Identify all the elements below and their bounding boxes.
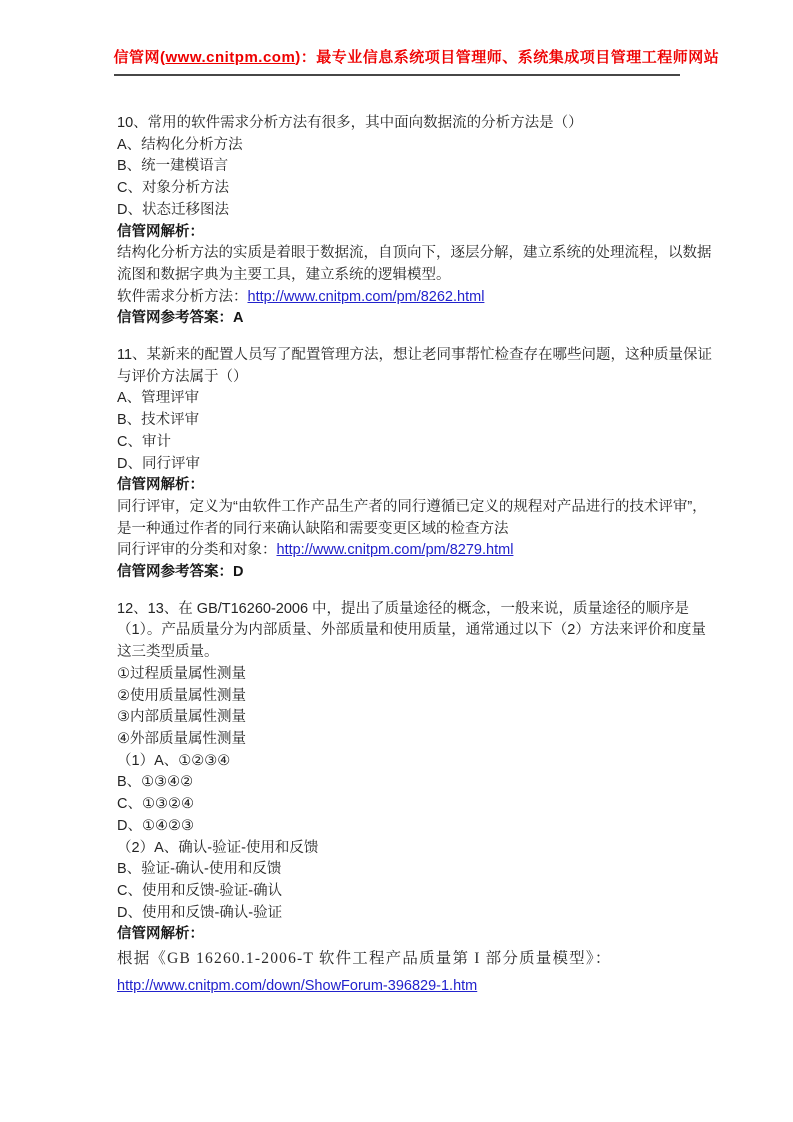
question-11-option-b: B、技术评审 xyxy=(117,410,713,432)
question-10-analysis-text: 结构化分析方法的实质是着眼于数据流，自顶向下，逐层分解，建立系统的处理流程，以数… xyxy=(117,243,713,286)
question-12-analysis-reference: 根据《GB 16260.1-2006-T 软件工程产品质量第 I 部分质量模型》… xyxy=(117,946,713,971)
question-11-option-c: C、审计 xyxy=(117,432,713,454)
question-12-reference-link[interactable]: http://www.cnitpm.com/down/ShowForum-396… xyxy=(117,978,477,994)
question-11-answer-value: D xyxy=(233,564,243,580)
question-12-blank1-option-c: C、①③②④ xyxy=(117,794,713,816)
question-10-option-a: A、结构化分析方法 xyxy=(117,135,713,157)
question-11-answer-label: 信管网参考答案： xyxy=(117,564,233,580)
question-10-analysis-label: 信管网解析： xyxy=(117,222,713,244)
site-header: 信管网(www.cnitpm.com)：最专业信息系统项目管理师、系统集成项目管… xyxy=(114,46,680,76)
question-10-answer-value: A xyxy=(233,310,243,326)
question-11-option-d: D、同行评审 xyxy=(117,454,713,476)
questions-content: 10、常用的软件需求分析方法有很多，其中面向数据流的分析方法是（） A、结构化分… xyxy=(117,113,713,998)
question-12-blank1-option-a: （1）A、①②③④ xyxy=(117,751,713,773)
site-tagline: 最专业信息系统项目管理师、系统集成项目管理工程师网站 xyxy=(316,49,719,66)
question-12-item-4: ④外部质量属性测量 xyxy=(117,729,713,751)
question-11: 11、某新来的配置人员写了配置管理方法，想让老同事帮忙检查存在哪些问题，这种质量… xyxy=(117,345,713,584)
question-12-reference-line: http://www.cnitpm.com/down/ShowForum-396… xyxy=(117,974,713,998)
document-page: 信管网(www.cnitpm.com)：最专业信息系统项目管理师、系统集成项目管… xyxy=(0,0,793,1122)
question-11-link-prefix: 同行评审的分类和对象： xyxy=(117,542,277,558)
question-12-blank1-option-b: B、①③④② xyxy=(117,772,713,794)
question-11-stem: 11、某新来的配置人员写了配置管理方法，想让老同事帮忙检查存在哪些问题，这种质量… xyxy=(117,345,713,388)
question-12-item-2: ②使用质量属性测量 xyxy=(117,686,713,708)
site-url-link[interactable]: www.cnitpm.com xyxy=(166,49,296,66)
question-12-blank2-option-a: （2）A、确认-验证-使用和反馈 xyxy=(117,838,713,860)
question-10-answer-line: 信管网参考答案：A xyxy=(117,308,713,330)
site-name-suffix: )： xyxy=(295,49,316,66)
question-12-analysis-label: 信管网解析： xyxy=(117,924,713,946)
site-name: 信管网( xyxy=(114,49,166,66)
question-10-option-d: D、状态迁移图法 xyxy=(117,200,713,222)
question-11-option-a: A、管理评审 xyxy=(117,388,713,410)
question-10-link-prefix: 软件需求分析方法： xyxy=(117,289,248,305)
question-11-reference-link[interactable]: http://www.cnitpm.com/pm/8279.html xyxy=(277,542,514,558)
question-12-item-1: ①过程质量属性测量 xyxy=(117,664,713,686)
question-10-stem: 10、常用的软件需求分析方法有很多，其中面向数据流的分析方法是（） xyxy=(117,113,713,135)
question-10-reference-line: 软件需求分析方法：http://www.cnitpm.com/pm/8262.h… xyxy=(117,287,713,309)
question-12-blank1-option-d: D、①④②③ xyxy=(117,816,713,838)
question-11-analysis-text: 同行评审，定义为“由软件工作产品生产者的同行遵循已定义的规程对产品进行的技术评审… xyxy=(117,497,713,540)
question-10-reference-link[interactable]: http://www.cnitpm.com/pm/8262.html xyxy=(248,289,485,305)
question-11-reference-line: 同行评审的分类和对象：http://www.cnitpm.com/pm/8279… xyxy=(117,540,713,562)
question-11-answer-line: 信管网参考答案：D xyxy=(117,562,713,584)
question-12-stem: 12、13、在 GB/T16260-2006 中，提出了质量途径的概念，一般来说… xyxy=(117,599,713,664)
question-10-option-c: C、对象分析方法 xyxy=(117,178,713,200)
question-12-item-3: ③内部质量属性测量 xyxy=(117,707,713,729)
question-10-option-b: B、统一建模语言 xyxy=(117,156,713,178)
question-12-blank2-option-d: D、使用和反馈-确认-验证 xyxy=(117,903,713,925)
question-12-13: 12、13、在 GB/T16260-2006 中，提出了质量途径的概念，一般来说… xyxy=(117,599,713,998)
question-12-blank2-option-b: B、验证-确认-使用和反馈 xyxy=(117,859,713,881)
question-11-analysis-label: 信管网解析： xyxy=(117,475,713,497)
question-10-answer-label: 信管网参考答案： xyxy=(117,310,233,326)
question-10: 10、常用的软件需求分析方法有很多，其中面向数据流的分析方法是（） A、结构化分… xyxy=(117,113,713,330)
question-12-blank2-option-c: C、使用和反馈-验证-确认 xyxy=(117,881,713,903)
